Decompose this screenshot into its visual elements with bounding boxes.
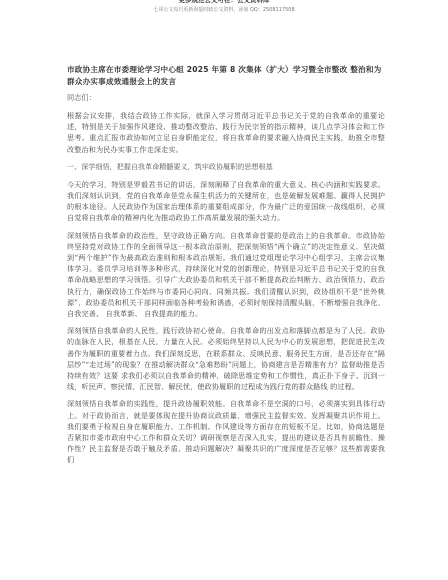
paragraph-practice: 深刻领悟自我革命的实践性，提升政协履职效能。自我革命不是空洞的口号，必须落实到具… — [67, 398, 385, 465]
salutation: 同志们： — [67, 92, 385, 103]
header-contact-line: 七哥公文每日更新海量时政公文资料，添加 QQ：2508117508 — [0, 7, 448, 14]
section-heading-1: 一、深学细悟，把握自我革命精髓要义，筑牢政协履职的思想根基 — [67, 161, 385, 172]
paragraph-political: 深刻领悟自我革命的政治性，坚守政协正确方向。自我革命首要的是政治上的自我革命。市… — [67, 230, 385, 320]
paragraph-people: 深刻领悟自我革命的人民性，践行政协初心使命。自我革命的出发点和落脚点都是为了人民… — [67, 325, 385, 392]
document-title: 市政协主席在市委理论学习中心组 2025 年第 8 次集体（扩大）学习暨全市整改… — [67, 64, 385, 88]
document-body: 市政协主席在市委理论学习中心组 2025 年第 8 次集体（扩大）学习暨全市整改… — [67, 64, 385, 472]
paragraph-intro: 根据会议安排，我结合政协工作实际，就深入学习贯彻习近平总书记关于党的自我革命的重… — [67, 110, 385, 155]
paragraph-study: 今天的学习，特别是罗毅君书记的讲话，深刻阐释了自我革命的重大意义、核心内涵和实践… — [67, 179, 385, 224]
document-page: 更多规范公文可在：公文资料库 七哥公文每日更新海量时政公文资料，添加 QQ：25… — [0, 0, 448, 580]
header-source-line: 更多规范公文可在：公文资料库 — [0, 0, 448, 4]
